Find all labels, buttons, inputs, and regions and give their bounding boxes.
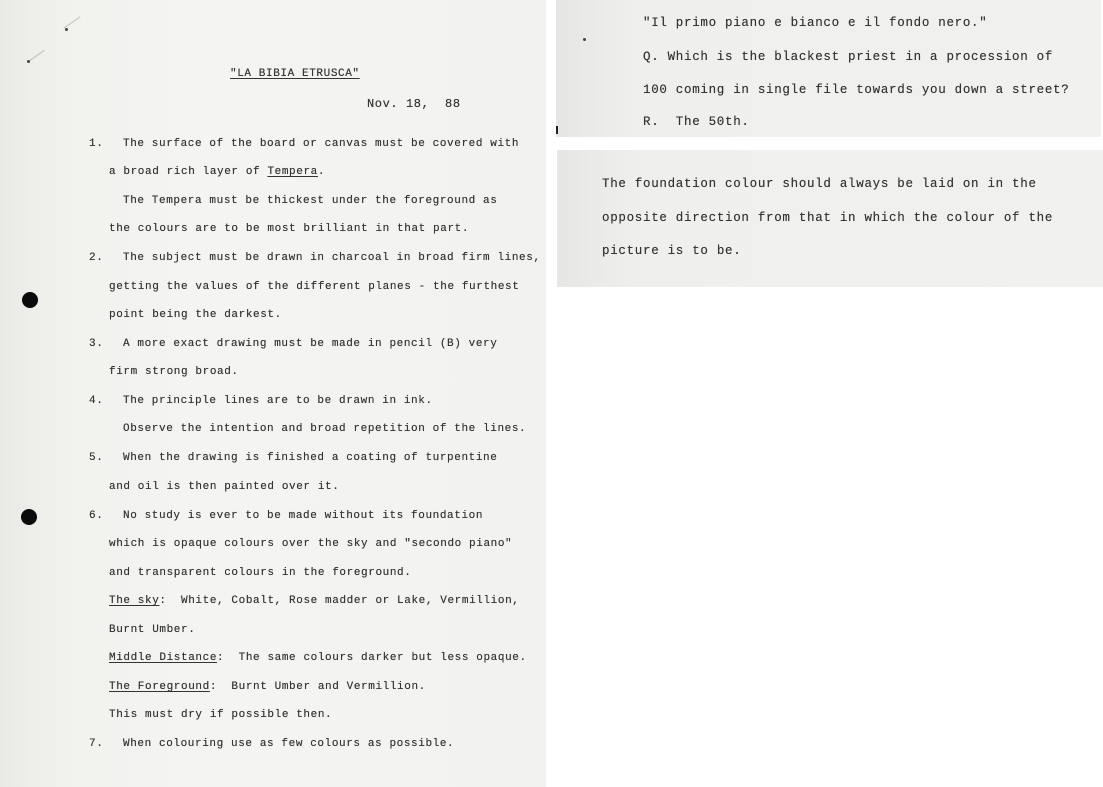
- note-line: R. The 50th.: [643, 115, 750, 129]
- underlined-term: Middle Distance: [109, 652, 217, 664]
- item-line: which is opaque colours over the sky and…: [109, 538, 512, 550]
- item-number: 2.: [89, 252, 103, 264]
- punch-hole: [22, 292, 38, 308]
- item-number: 6.: [89, 510, 103, 522]
- item-line: The sky: White, Cobalt, Rose madder or L…: [109, 595, 519, 607]
- item-line: No study is ever to be made without its …: [123, 510, 483, 522]
- item-line: When colouring use as few colours as pos…: [123, 738, 454, 750]
- pencil-mark: [29, 50, 44, 61]
- typewritten-page: "LA BIBIA ETRUSCA" Nov. 18, 88 1.The sur…: [0, 0, 546, 787]
- item-line: The Tempera must be thickest under the f…: [123, 195, 497, 207]
- line-text: : White, Cobalt, Rose madder or Lake, Ve…: [159, 595, 519, 607]
- item-number: 1.: [89, 138, 103, 150]
- underlined-term: Tempera: [267, 166, 317, 178]
- item-number: 3.: [89, 338, 103, 350]
- note-line: opposite direction from that in which th…: [602, 211, 1053, 225]
- punch-hole: [21, 509, 37, 525]
- item-number: 5.: [89, 452, 103, 464]
- speck: [583, 38, 586, 41]
- note-line: picture is to be.: [602, 244, 741, 258]
- underlined-term: The sky: [109, 595, 159, 607]
- speck: [27, 60, 30, 63]
- note-clipping-top: "Il primo piano e bianco e il fondo nero…: [556, 0, 1101, 137]
- item-number: 7.: [89, 738, 103, 750]
- line-text: .: [318, 166, 325, 178]
- note-line: "Il primo piano e bianco e il fondo nero…: [643, 16, 987, 30]
- item-line: When the drawing is finished a coating o…: [123, 452, 497, 464]
- item-line: The Foreground: Burnt Umber and Vermilli…: [109, 681, 426, 693]
- underlined-term: The Foreground: [109, 681, 210, 693]
- line-text: a broad rich layer of: [109, 166, 267, 178]
- line-text: : Burnt Umber and Vermillion.: [210, 681, 426, 693]
- note-line: Q. Which is the blackest priest in a pro…: [643, 50, 1053, 64]
- item-line: a broad rich layer of Tempera.: [109, 166, 325, 178]
- item-line: point being the darkest.: [109, 309, 282, 321]
- speck: [65, 28, 68, 31]
- document-date: Nov. 18, 88: [367, 97, 461, 111]
- note-line: The foundation colour should always be l…: [602, 177, 1037, 191]
- item-line: The principle lines are to be drawn in i…: [123, 395, 433, 407]
- item-line: firm strong broad.: [109, 366, 239, 378]
- item-line: Burnt Umber.: [109, 624, 195, 636]
- item-line: the colours are to be most brilliant in …: [109, 223, 469, 235]
- pencil-mark: [64, 16, 81, 28]
- note-clipping-bottom: The foundation colour should always be l…: [557, 150, 1103, 287]
- item-line: The surface of the board or canvas must …: [123, 138, 519, 150]
- note-line: 100 coming in single file towards you do…: [643, 83, 1069, 97]
- item-number: 4.: [89, 395, 103, 407]
- item-line: This must dry if possible then.: [109, 709, 332, 721]
- edge-mark: [556, 126, 558, 134]
- item-line: Middle Distance: The same colours darker…: [109, 652, 527, 664]
- item-line: getting the values of the different plan…: [109, 281, 519, 293]
- item-line: Observe the intention and broad repetiti…: [123, 423, 526, 435]
- item-line: A more exact drawing must be made in pen…: [123, 338, 497, 350]
- item-line: and transparent colours in the foregroun…: [109, 567, 411, 579]
- line-text: : The same colours darker but less opaqu…: [217, 652, 527, 664]
- item-line: and oil is then painted over it.: [109, 481, 339, 493]
- document-title: "LA BIBIA ETRUSCA": [230, 68, 360, 80]
- item-line: The subject must be drawn in charcoal in…: [123, 252, 541, 264]
